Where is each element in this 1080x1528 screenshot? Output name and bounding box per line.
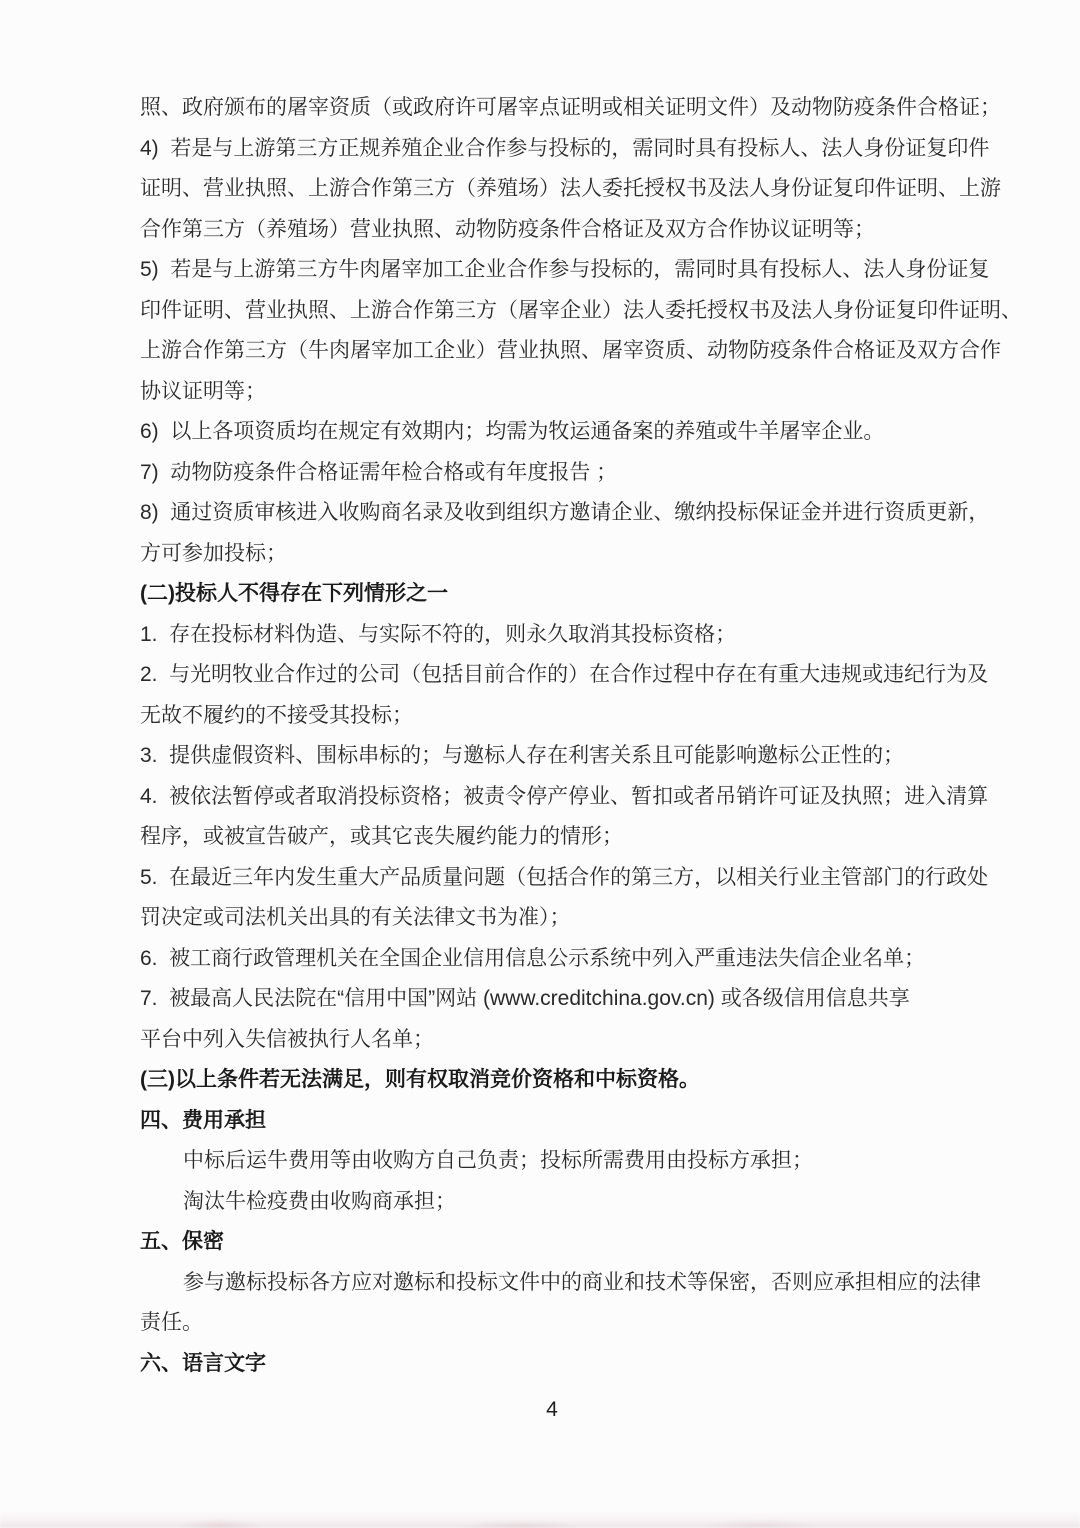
text-line: 五、保密: [140, 1222, 1080, 1263]
document-body: 照、政府颁布的屠宰资质（或政府许可屠宰点证明或相关证明文件）及动物防疫条件合格证…: [140, 88, 1080, 1384]
text-line: 3. 提供虚假资料、围标串标的；与邀标人存在利害关系且可能影响邀标公正性的；: [140, 736, 1080, 777]
text-line: 程序，或被宣告破产，或其它丧失履约能力的情形；: [140, 817, 1080, 858]
text-line: 7. 被最高人民法院在“信用中国”网站 (www.creditchina.gov…: [140, 979, 1080, 1020]
text-line: 4. 被依法暂停或者取消投标资格；被责令停产停业、暂扣或者吊销许可证及执照；进入…: [140, 777, 1080, 818]
text-line: 平台中列入失信被执行人名单；: [140, 1020, 1080, 1061]
text-line: 印件证明、营业执照、上游合作第三方（屠宰企业）法人委托授权书及法人身份证复印件证…: [140, 291, 1080, 332]
text-line: (二)投标人不得存在下列情形之一: [140, 574, 1080, 615]
text-line: 无故不履约的不接受其投标；: [140, 696, 1080, 737]
text-line: (三)以上条件若无法满足，则有权取消竞价资格和中标资格。: [140, 1060, 1080, 1101]
text-line: 方可参加投标；: [140, 534, 1080, 575]
text-line: 6) 以上各项资质均在规定有效期内；均需为牧运通备案的养殖或牛羊屠宰企业。: [140, 412, 1080, 453]
text-line: 8) 通过资质审核进入收购商名录及收到组织方邀请企业、缴纳投标保证金并进行资质更…: [140, 493, 1080, 534]
text-line: 6. 被工商行政管理机关在全国企业信用信息公示系统中列入严重违法失信企业名单；: [140, 939, 1080, 980]
text-line: 六、语言文字: [140, 1344, 1080, 1385]
text-line: 4) 若是与上游第三方正规养殖企业合作参与投标的，需同时具有投标人、法人身份证复…: [140, 129, 1080, 170]
text-line: 5. 在最近三年内发生重大产品质量问题（包括合作的第三方，以相关行业主管部门的行…: [140, 858, 1080, 899]
text-line: 上游合作第三方（牛肉屠宰加工企业）营业执照、屠宰资质、动物防疫条件合格证及双方合…: [140, 331, 1080, 372]
document-page: 照、政府颁布的屠宰资质（或政府许可屠宰点证明或相关证明文件）及动物防疫条件合格证…: [0, 0, 1080, 1528]
text-line: 7) 动物防疫条件合格证需年检合格或有年度报告 ；: [140, 453, 1080, 494]
text-line: 四、费用承担: [140, 1101, 1080, 1142]
text-line: 参与邀标投标各方应对邀标和投标文件中的商业和技术等保密，否则应承担相应的法律: [140, 1263, 1080, 1304]
page-bottom-shadow: [0, 1510, 1080, 1528]
page-number: 4: [546, 1398, 558, 1422]
text-line: 5) 若是与上游第三方牛肉屠宰加工企业合作参与投标的，需同时具有投标人、法人身份…: [140, 250, 1080, 291]
text-line: 2. 与光明牧业合作过的公司（包括目前合作的）在合作过程中存在有重大违规或违纪行…: [140, 655, 1080, 696]
text-line: 证明、营业执照、上游合作第三方（养殖场）法人委托授权书及法人身份证复印件证明、上…: [140, 169, 1080, 210]
text-line: 中标后运牛费用等由收购方自己负责；投标所需费用由投标方承担；: [140, 1141, 1080, 1182]
text-line: 罚决定或司法机关出具的有关法律文书为准）；: [140, 898, 1080, 939]
text-line: 1. 存在投标材料伪造、与实际不符的，则永久取消其投标资格；: [140, 615, 1080, 656]
text-line: 协议证明等；: [140, 372, 1080, 413]
text-line: 照、政府颁布的屠宰资质（或政府许可屠宰点证明或相关证明文件）及动物防疫条件合格证…: [140, 88, 1080, 129]
text-line: 责任。: [140, 1303, 1080, 1344]
text-line: 合作第三方（养殖场）营业执照、动物防疫条件合格证及双方合作协议证明等；: [140, 210, 1080, 251]
text-line: 淘汰牛检疫费由收购商承担；: [140, 1182, 1080, 1223]
